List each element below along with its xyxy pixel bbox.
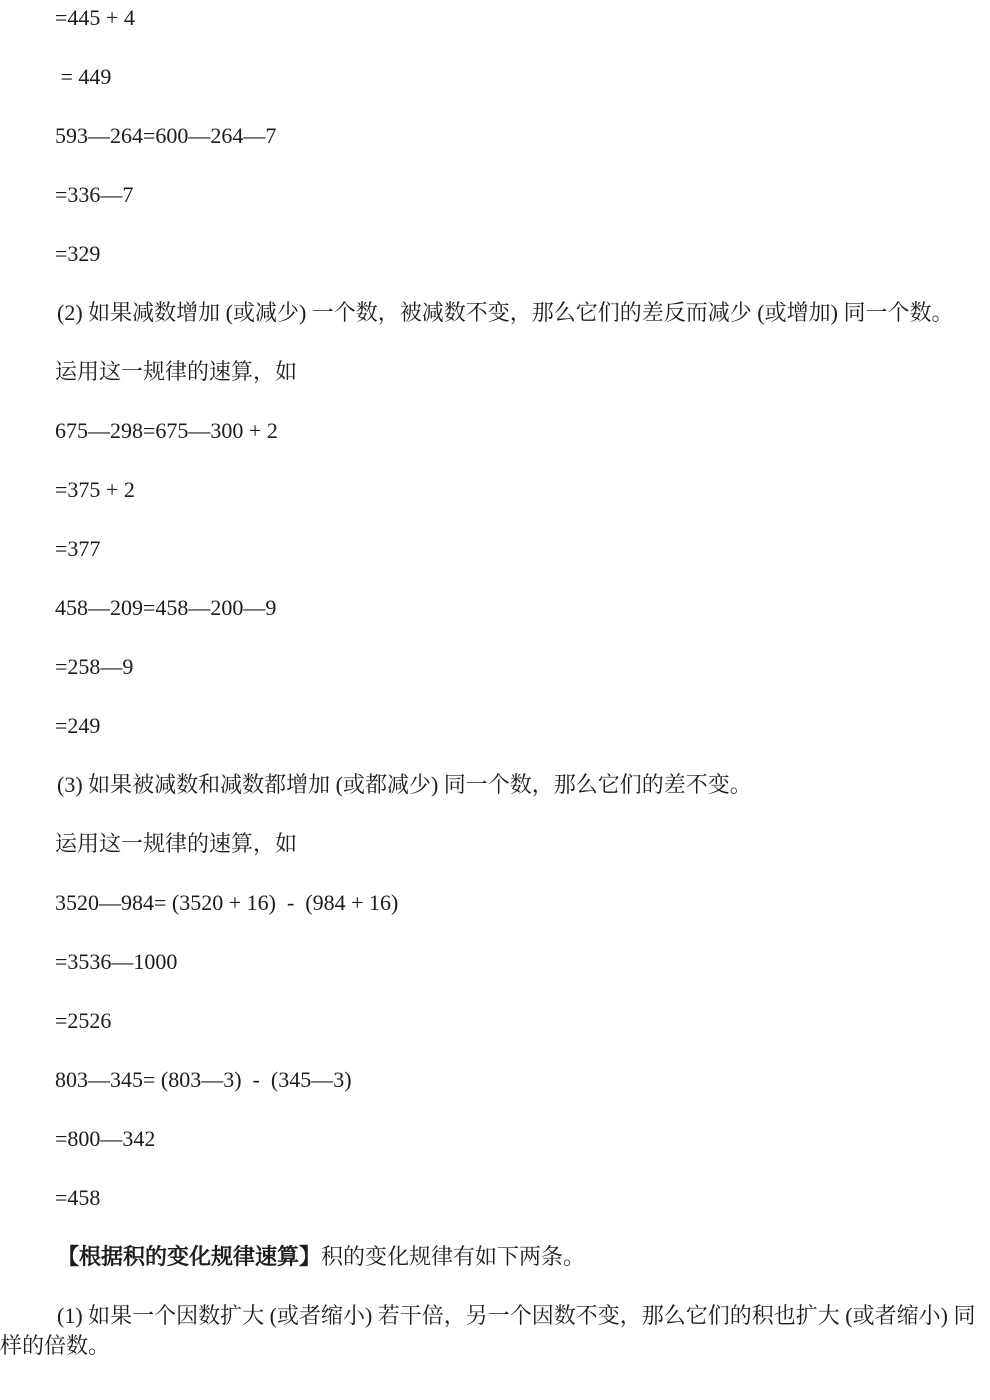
paragraph-lead-in: 运用这一规律的速算，如 <box>0 829 986 859</box>
formula-line: = 449 <box>0 62 986 92</box>
paragraph-rule-2: (2) 如果减数增加 (或减少) 一个数，被减数不变，那么它们的差反而减少 (或… <box>0 298 986 328</box>
paragraph-rule-3: (3) 如果被减数和减数都增加 (或都减少) 同一个数，那么它们的差不变。 <box>0 770 986 800</box>
formula-line: 803—345= (803—3) - (345—3) <box>0 1065 986 1095</box>
section-heading: 【根据积的变化规律速算】积的变化规律有如下两条。 <box>0 1242 986 1272</box>
formula-line: =377 <box>0 534 986 564</box>
formula-line: =336—7 <box>0 180 986 210</box>
formula-line: 593—264=600—264—7 <box>0 121 986 151</box>
formula-line: =258—9 <box>0 652 986 682</box>
paragraph-rule-1: (1) 如果一个因数扩大 (或者缩小) 若干倍，另一个因数不变，那么它们的积也扩… <box>0 1301 986 1361</box>
document-page: =445 + 4 = 449 593—264=600—264—7 =336—7 … <box>0 0 990 1361</box>
paragraph-lead-in: 运用这一规律的速算，如 <box>0 357 986 387</box>
formula-line: =445 + 4 <box>0 3 986 33</box>
formula-line: =329 <box>0 239 986 269</box>
formula-line: 675—298=675—300 + 2 <box>0 416 986 446</box>
formula-line: =2526 <box>0 1006 986 1036</box>
formula-line: =3536—1000 <box>0 947 986 977</box>
formula-line: 458—209=458—200—9 <box>0 593 986 623</box>
formula-line: =800—342 <box>0 1124 986 1154</box>
formula-line: 3520—984= (3520 + 16) - (984 + 16) <box>0 888 986 918</box>
section-heading-intro: 积的变化规律有如下两条。 <box>321 1244 585 1269</box>
formula-line: =249 <box>0 711 986 741</box>
section-heading-title: 【根据积的变化规律速算】 <box>57 1244 321 1269</box>
formula-line: =458 <box>0 1183 986 1213</box>
formula-line: =375 + 2 <box>0 475 986 505</box>
